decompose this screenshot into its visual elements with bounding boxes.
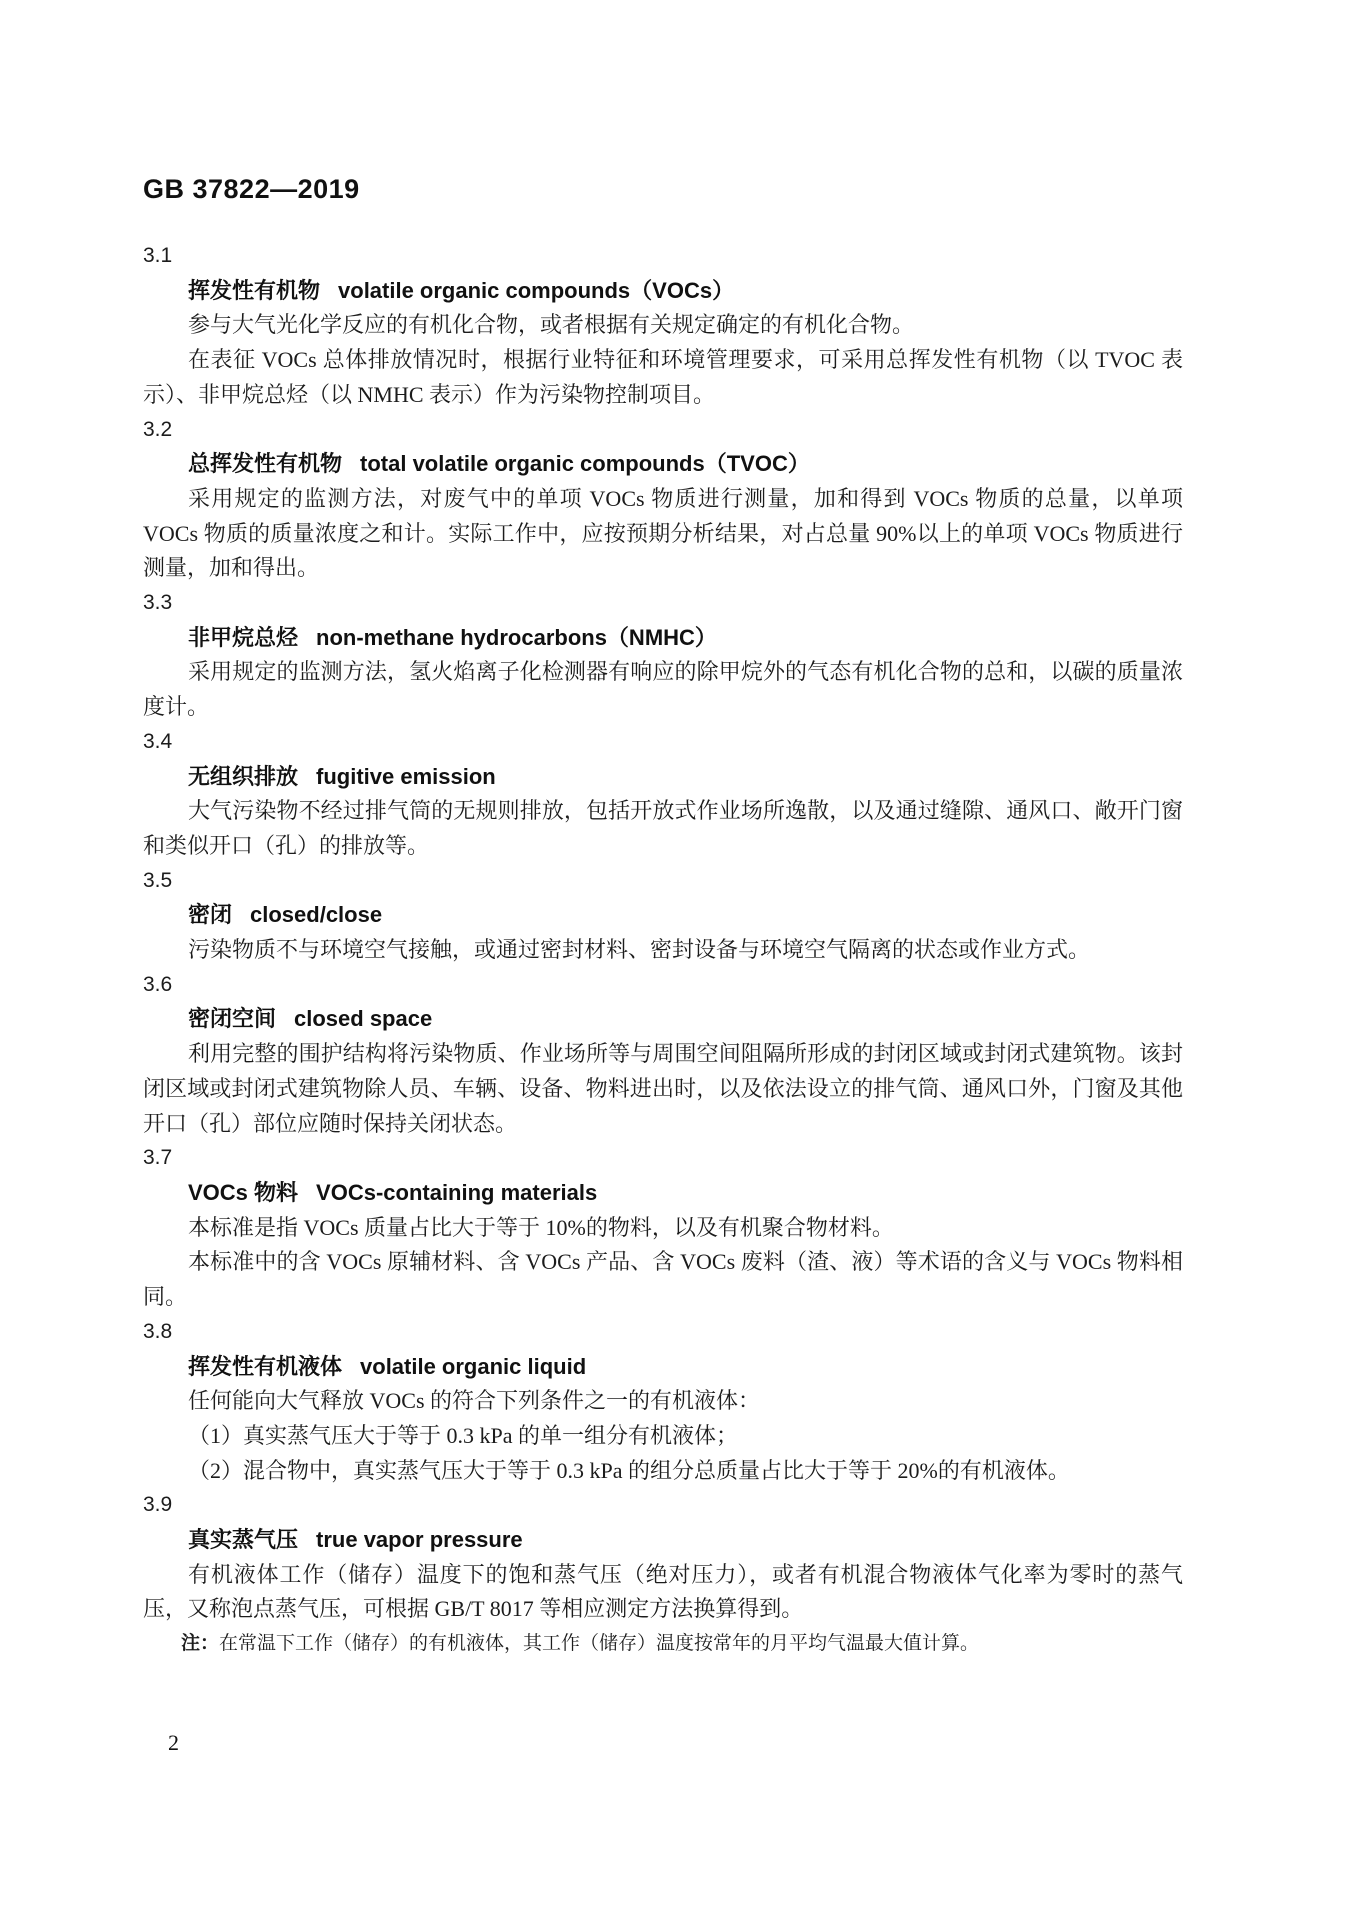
term-line: 密闭空间closed space bbox=[143, 1002, 1183, 1037]
term-en: true vapor pressure bbox=[316, 1527, 523, 1552]
term-zh: 密闭空间 bbox=[188, 1006, 276, 1031]
term-line: 真实蒸气压true vapor pressure bbox=[143, 1523, 1183, 1558]
document-page: GB 37822—2019 3.1 挥发性有机物volatile organic… bbox=[0, 0, 1361, 1909]
definition-paragraph: 参与大气光化学反应的有机化合物，或者根据有关规定确定的有机化合物。 bbox=[143, 308, 1183, 343]
section-number: 3.4 bbox=[143, 725, 1183, 760]
term-zh: 挥发性有机物 bbox=[188, 278, 320, 303]
note-label: 注： bbox=[181, 1633, 219, 1654]
definition-paragraph: 利用完整的围护结构将污染物质、作业场所等与周围空间阻隔所形成的封闭区域或封闭式建… bbox=[143, 1037, 1183, 1141]
term-line: 非甲烷总烃non-methane hydrocarbons（NMHC） bbox=[143, 621, 1183, 656]
term-zh: 真实蒸气压 bbox=[188, 1527, 298, 1552]
definition-paragraph: 本标准是指 VOCs 质量占比大于等于 10%的物料，以及有机聚合物材料。 bbox=[143, 1211, 1183, 1246]
term-en: volatile organic liquid bbox=[360, 1354, 586, 1379]
definition-paragraph: 采用规定的监测方法，对废气中的单项 VOCs 物质进行测量，加和得到 VOCs … bbox=[143, 482, 1183, 586]
term-line: 挥发性有机物volatile organic compounds（VOCs） bbox=[143, 274, 1183, 309]
section-number: 3.8 bbox=[143, 1315, 1183, 1350]
page-number: 2 bbox=[168, 1726, 179, 1760]
term-zh: 无组织排放 bbox=[188, 764, 298, 789]
section-3-3: 3.3 非甲烷总烃non-methane hydrocarbons（NMHC） … bbox=[143, 586, 1183, 725]
standard-number: GB 37822—2019 bbox=[143, 172, 360, 206]
term-line: 总挥发性有机物total volatile organic compounds（… bbox=[143, 447, 1183, 482]
definition-paragraph: 大气污染物不经过排气筒的无规则排放，包括开放式作业场所逸散，以及通过缝隙、通风口… bbox=[143, 794, 1183, 863]
section-number: 3.9 bbox=[143, 1488, 1183, 1523]
section-3-2: 3.2 总挥发性有机物total volatile organic compou… bbox=[143, 413, 1183, 587]
section-3-1: 3.1 挥发性有机物volatile organic compounds（VOC… bbox=[143, 239, 1183, 413]
definition-paragraph: 有机液体工作（储存）温度下的饱和蒸气压（绝对压力），或者有机混合物液体气化率为零… bbox=[143, 1558, 1183, 1627]
term-en: non-methane hydrocarbons（NMHC） bbox=[316, 625, 717, 650]
condition-item: （1）真实蒸气压大于等于 0.3 kPa 的单一组分有机液体； bbox=[143, 1419, 1183, 1454]
section-number: 3.5 bbox=[143, 864, 1183, 899]
section-3-4: 3.4 无组织排放fugitive emission 大气污染物不经过排气筒的无… bbox=[143, 725, 1183, 864]
section-3-5: 3.5 密闭closed/close 污染物质不与环境空气接触，或通过密封材料、… bbox=[143, 864, 1183, 968]
term-line: 密闭closed/close bbox=[143, 898, 1183, 933]
section-3-8: 3.8 挥发性有机液体volatile organic liquid 任何能向大… bbox=[143, 1315, 1183, 1489]
section-3-9: 3.9 真实蒸气压true vapor pressure 有机液体工作（储存）温… bbox=[143, 1488, 1183, 1662]
note-text: 在常温下工作（储存）的有机液体，其工作（储存）温度按常年的月平均气温最大值计算。 bbox=[219, 1633, 979, 1654]
term-en: fugitive emission bbox=[316, 764, 496, 789]
definition-paragraph: 在表征 VOCs 总体排放情况时，根据行业特征和环境管理要求，可采用总挥发性有机… bbox=[143, 343, 1183, 412]
section-number: 3.3 bbox=[143, 586, 1183, 621]
section-number: 3.1 bbox=[143, 239, 1183, 274]
term-line: 挥发性有机液体volatile organic liquid bbox=[143, 1350, 1183, 1385]
term-zh: 非甲烷总烃 bbox=[188, 625, 298, 650]
term-en: total volatile organic compounds（TVOC） bbox=[360, 451, 810, 476]
section-3-7: 3.7 VOCs 物料VOCs-containing materials 本标准… bbox=[143, 1141, 1183, 1315]
term-en: volatile organic compounds（VOCs） bbox=[338, 278, 734, 303]
definition-paragraph: 任何能向大气释放 VOCs 的符合下列条件之一的有机液体： bbox=[143, 1384, 1183, 1419]
section-number: 3.7 bbox=[143, 1141, 1183, 1176]
section-3-6: 3.6 密闭空间closed space 利用完整的围护结构将污染物质、作业场所… bbox=[143, 968, 1183, 1142]
definition-paragraph: 本标准中的含 VOCs 原辅材料、含 VOCs 产品、含 VOCs 废料（渣、液… bbox=[143, 1245, 1183, 1314]
term-en: closed space bbox=[294, 1006, 432, 1031]
term-zh: 挥发性有机液体 bbox=[188, 1354, 342, 1379]
definition-paragraph: 采用规定的监测方法，氢火焰离子化检测器有响应的除甲烷外的气态有机化合物的总和，以… bbox=[143, 655, 1183, 724]
page-content: 3.1 挥发性有机物volatile organic compounds（VOC… bbox=[143, 239, 1183, 1662]
term-en: VOCs-containing materials bbox=[316, 1180, 597, 1205]
term-line: VOCs 物料VOCs-containing materials bbox=[143, 1176, 1183, 1211]
term-zh: 总挥发性有机物 bbox=[188, 451, 342, 476]
section-number: 3.2 bbox=[143, 413, 1183, 448]
definition-paragraph: 污染物质不与环境空气接触，或通过密封材料、密封设备与环境空气隔离的状态或作业方式… bbox=[143, 933, 1183, 968]
note: 注：在常温下工作（储存）的有机液体，其工作（储存）温度按常年的月平均气温最大值计… bbox=[143, 1627, 1183, 1662]
section-number: 3.6 bbox=[143, 968, 1183, 1003]
term-en: closed/close bbox=[250, 902, 382, 927]
term-line: 无组织排放fugitive emission bbox=[143, 760, 1183, 795]
condition-item: （2）混合物中，真实蒸气压大于等于 0.3 kPa 的组分总质量占比大于等于 2… bbox=[143, 1454, 1183, 1489]
term-zh: 密闭 bbox=[188, 902, 232, 927]
term-zh: VOCs 物料 bbox=[188, 1180, 298, 1205]
